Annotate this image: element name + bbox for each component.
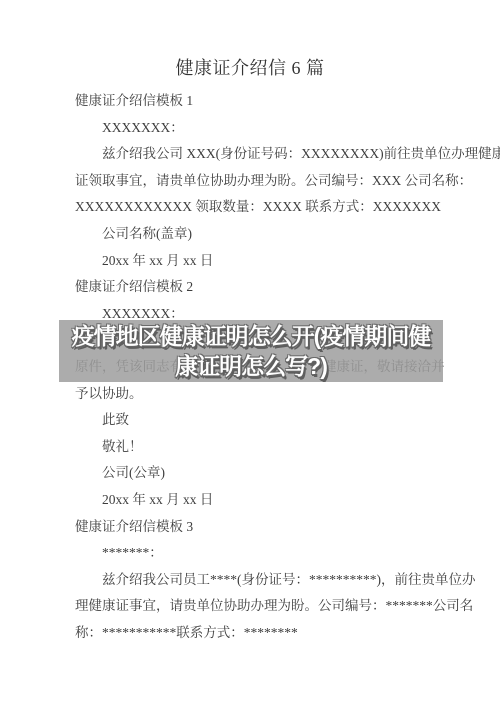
body-line: 予以协助。 (75, 381, 500, 408)
closing-line: 此致 (75, 407, 500, 434)
closing-line: 敬礼！ (75, 434, 500, 461)
document-page: 健康证介绍信 6 篇 健康证介绍信模板 1 XXXXXXX： 兹介绍我公司 XX… (0, 0, 500, 706)
watermark-overlay-band: 疫情地区健康证明怎么开(疫情期间健 康证明怎么写?) (59, 320, 443, 382)
body-line: 称：***********联系方式：******** (75, 620, 500, 647)
template-1-heading: 健康证介绍信模板 1 (75, 88, 500, 115)
body-line: 证领取事宜，请贵单位协助办理为盼。公司编号：XXX 公司名称： (75, 168, 500, 195)
date-line: 20xx 年 xx 月 xx 日 (75, 248, 500, 275)
template-2-heading: 健康证介绍信模板 2 (75, 274, 500, 301)
body-line: 兹介绍我公司员工****(身份证号：**********)，前往贵单位办 (75, 567, 500, 594)
body-line: 兹介绍我公司 XXX(身份证号码：XXXXXXXX)前往贵单位办理健康 (75, 141, 500, 168)
watermark-title-line2: 康证明怎么写?) (59, 351, 443, 381)
body-line: XXXXXXXXXXXX 领取数量：XXXX 联系方式：XXXXXXX (75, 194, 500, 221)
salutation-line: XXXXXXX： (75, 115, 500, 142)
salutation-line: *******： (75, 540, 500, 567)
document-title: 健康证介绍信 6 篇 (0, 54, 500, 80)
body-line: 理健康证事宜，请贵单位协助办理为盼。公司编号：*******公司名 (75, 593, 500, 620)
date-line: 20xx 年 xx 月 xx 日 (75, 487, 500, 514)
template-3-heading: 健康证介绍信模板 3 (75, 514, 500, 541)
company-seal-line: 公司(公章) (75, 460, 500, 487)
watermark-title-line1: 疫情地区健康证明怎么开(疫情期间健 (59, 321, 443, 351)
watermark-title: 疫情地区健康证明怎么开(疫情期间健 康证明怎么写?) (59, 321, 443, 381)
company-seal-line: 公司名称(盖章) (75, 221, 500, 248)
